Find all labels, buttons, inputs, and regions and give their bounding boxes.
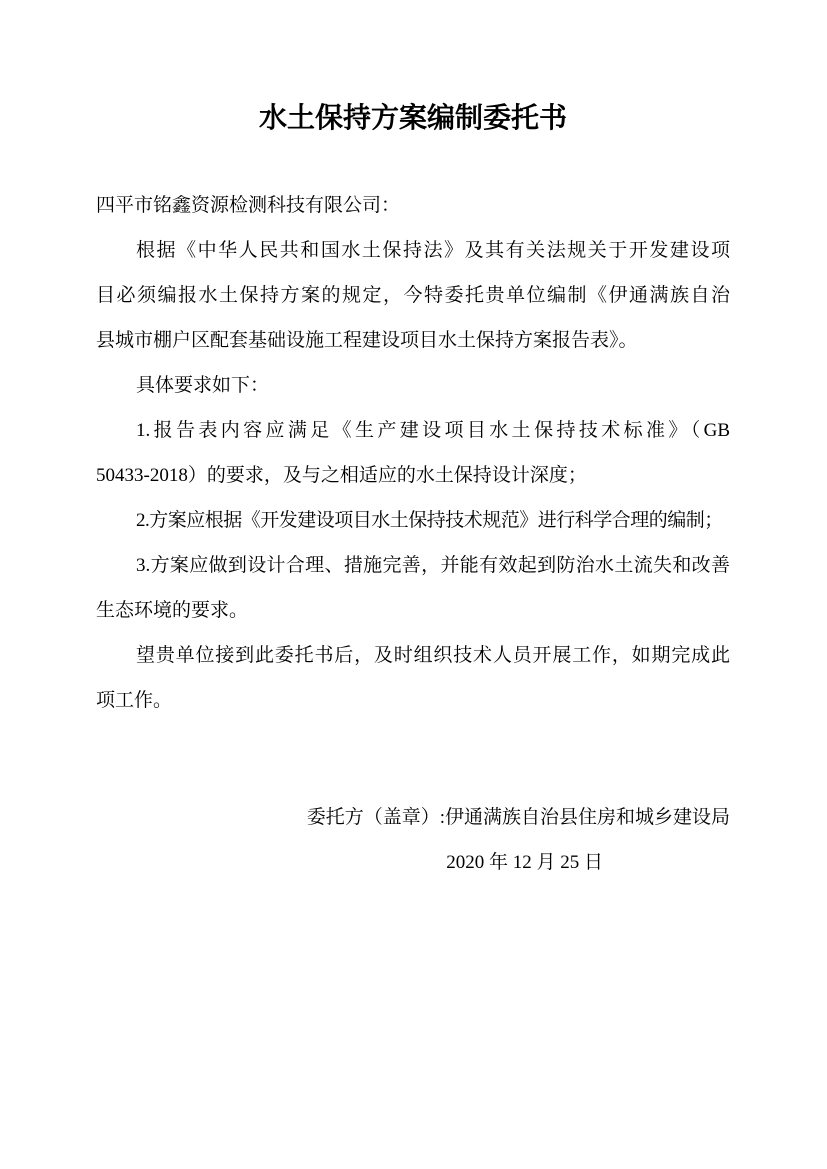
signature-block: 委托方（盖章）:伊通满族自治县住房和城乡建设局 2020 年 12 月 25 日 <box>96 795 730 885</box>
requirement-1-line-1: 1.报告表内容应满足《生产建设项目水土保持技术标准》（GB <box>96 408 730 453</box>
intro-paragraph-line-1: 根据《中华人民共和国水土保持法》及其有关法规关于开发建设项 <box>96 228 730 273</box>
document-title: 水土保持方案编制委托书 <box>96 99 730 139</box>
document-body: 四平市铭鑫资源检测科技有限公司： 根据《中华人民共和国水土保持法》及其有关法规关… <box>96 183 730 723</box>
intro-paragraph-line-2: 目必须编报水土保持方案的规定，今特委托贵单位编制《伊通满族自治 <box>96 273 730 318</box>
closing-paragraph-line-2: 项工作。 <box>96 678 730 723</box>
requirement-1-line-2: 50433-2018）的要求，及与之相适应的水土保持设计深度； <box>96 453 730 498</box>
requirement-3-line-2: 生态环境的要求。 <box>96 588 730 633</box>
recipient-line: 四平市铭鑫资源检测科技有限公司： <box>96 183 730 228</box>
document-date-line: 2020 年 12 月 25 日 <box>96 840 730 885</box>
requirement-2-line: 2.方案应根据《开发建设项目水土保持技术规范》进行科学合理的编制； <box>96 498 730 543</box>
intro-paragraph-line-3: 县城市棚户区配套基础设施工程建设项目水土保持方案报告表》。 <box>96 318 730 363</box>
entrusting-party-signature-line: 委托方（盖章）:伊通满族自治县住房和城乡建设局 <box>96 795 730 840</box>
requirements-heading-line: 具体要求如下： <box>96 363 730 408</box>
document-page: 水土保持方案编制委托书 四平市铭鑫资源检测科技有限公司： 根据《中华人民共和国水… <box>0 0 827 1169</box>
requirement-3-line-1: 3.方案应做到设计合理、措施完善，并能有效起到防治水土流失和改善 <box>96 543 730 588</box>
closing-paragraph-line-1: 望贵单位接到此委托书后，及时组织技术人员开展工作，如期完成此 <box>96 633 730 678</box>
